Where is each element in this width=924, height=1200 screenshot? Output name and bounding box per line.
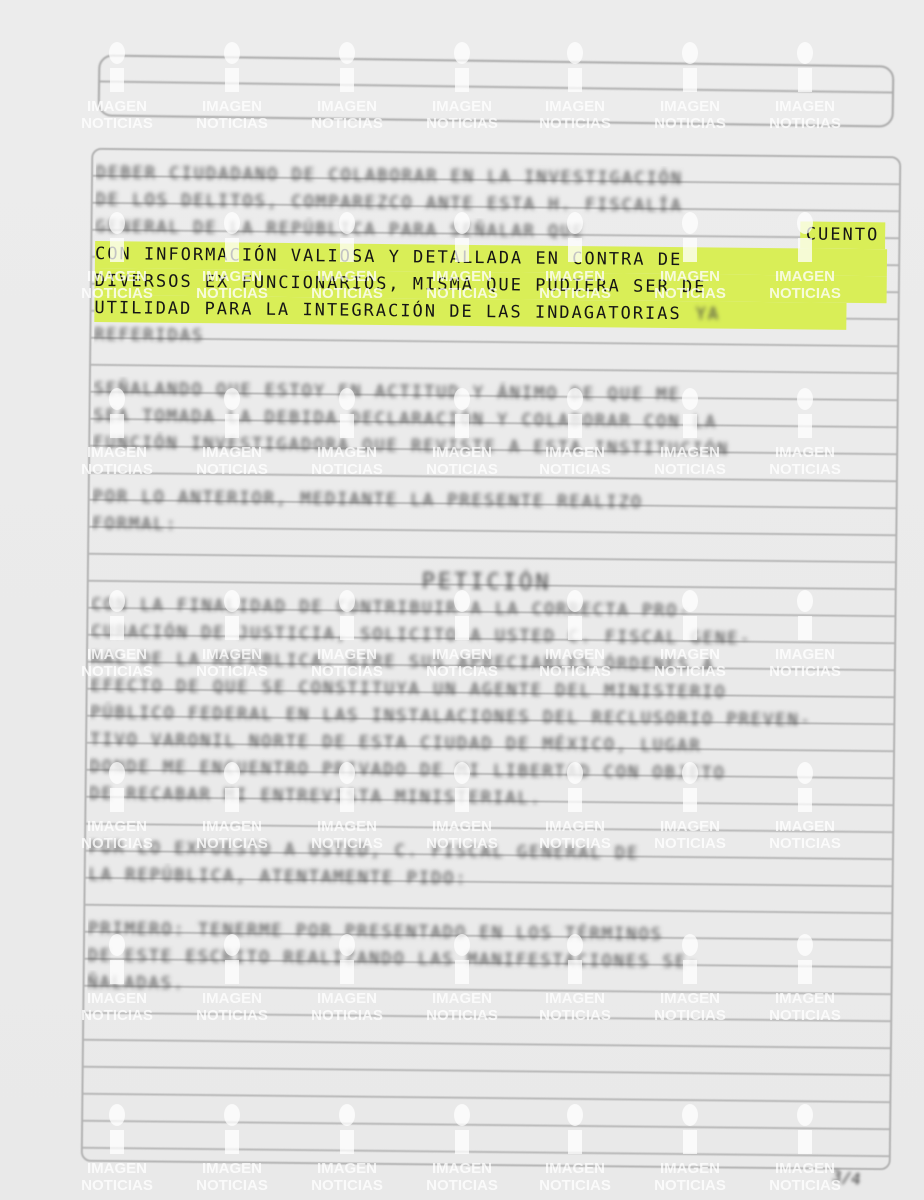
watermark-text: IMAGEN [62,1160,172,1177]
watermark-i-icon [797,42,813,64]
scanned-page: deber ciudadano de colaborar en la inves… [0,0,924,1200]
watermark-text: NOTICIAS [292,1177,402,1194]
handwritten-text: deber ciudadano de colaborar en la inves… [87,160,886,1005]
watermark-i-icon [682,42,698,64]
watermark-text: NOTICIAS [635,1177,745,1194]
line-tail: ya [696,301,721,328]
highlighted-text: cuento [800,221,886,249]
highlighted-text: diversos ex funcionarios, misma que pudi… [95,271,707,297]
watermark-text: NOTICIAS [407,1177,517,1194]
watermark-text: NOTICIAS [62,115,172,132]
highlighted-text: utilidad para la integración de las inda… [94,298,681,324]
page-number: 3/4 [831,1166,862,1189]
watermark-text: NOTICIAS [62,1177,172,1194]
highlighted-text: con información valiosa y detallada en c… [95,244,682,270]
watermark-text: NOTICIAS [177,1177,287,1194]
watermark-text: NOTICIAS [520,1177,630,1194]
header-box [98,54,895,127]
